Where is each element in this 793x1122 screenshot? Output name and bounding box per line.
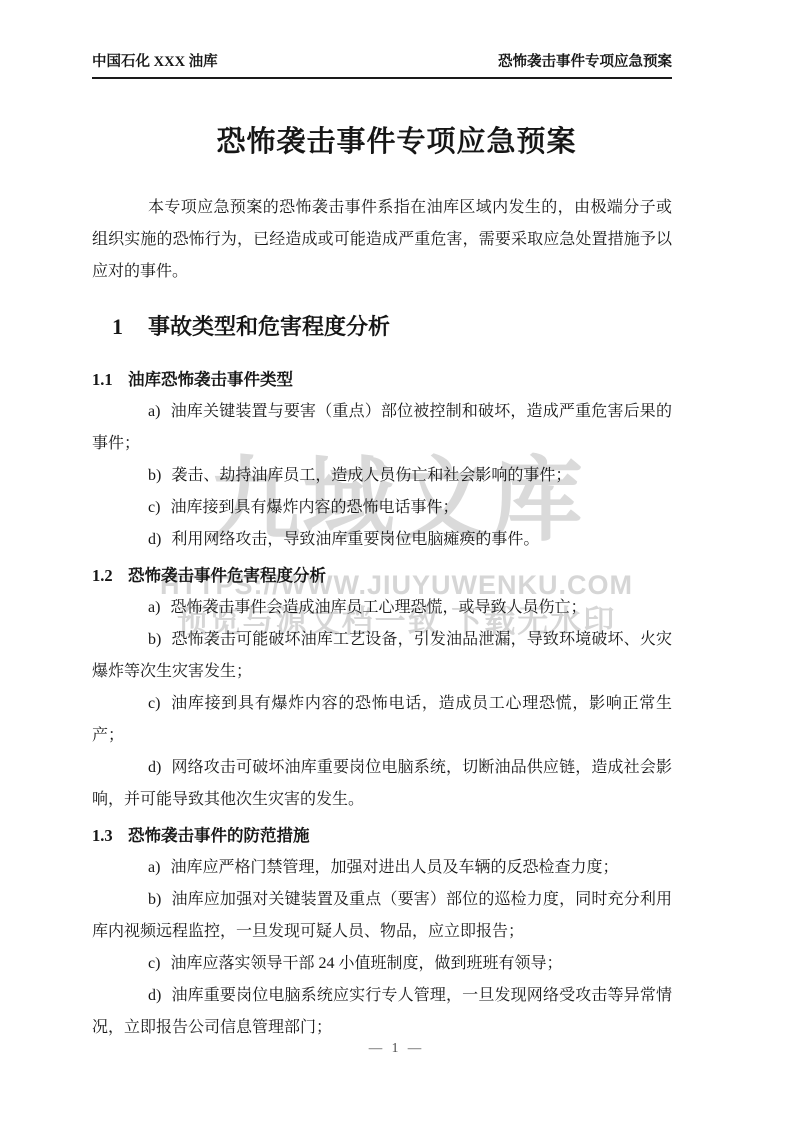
page-number: — 1 — bbox=[369, 1040, 425, 1055]
list-item-text: 油库关键装置与要害（重点）部位被控制和破坏，造成严重危害后果的事件； bbox=[92, 403, 672, 452]
list-item-marker: c) bbox=[148, 499, 160, 516]
list-item: c)油库应落实领导干部 24 小值班制度，做到班班有领导； bbox=[92, 948, 672, 980]
list-item-text: 油库应加强对关键装置及重点（要害）部位的巡检力度，同时充分利用库内视频远程监控，… bbox=[92, 891, 672, 940]
subsection-1-3-number: 1.3 bbox=[92, 820, 128, 852]
subsection-1-3-title: 恐怖袭击事件的防范措施 bbox=[128, 826, 310, 845]
subsection-1-1-heading: 1.1油库恐怖袭击事件类型 bbox=[92, 364, 672, 396]
list-item: c)油库接到具有爆炸内容的恐怖电话，造成员工心理恐慌，影响正常生产； bbox=[92, 688, 672, 752]
list-item: b)恐怖袭击可能破坏油库工艺设备，引发油品泄漏，导致环境破坏、火灾爆炸等次生灾害… bbox=[92, 624, 672, 688]
section-1-title: 事故类型和危害程度分析 bbox=[148, 314, 390, 339]
intro-paragraph: 本专项应急预案的恐怖袭击事件系指在油库区域内发生的，由极端分子或组织实施的恐怖行… bbox=[92, 192, 672, 288]
list-item: d)油库重要岗位电脑系统应实行专人管理，一旦发现网络受攻击等异常情况，立即报告公… bbox=[92, 980, 672, 1044]
list-item-text: 油库接到具有爆炸内容的恐怖电话，造成员工心理恐慌，影响正常生产； bbox=[92, 695, 672, 744]
document-body: 本专项应急预案的恐怖袭击事件系指在油库区域内发生的，由极端分子或组织实施的恐怖行… bbox=[92, 192, 672, 1044]
list-item-marker: a) bbox=[148, 859, 160, 876]
list-item: a)恐怖袭击事件会造成油库员工心理恐慌，或导致人员伤亡； bbox=[92, 592, 672, 624]
header-company-name: 中国石化 XXX 油库 bbox=[92, 52, 218, 72]
list-item-text: 油库应严格门禁管理，加强对进出人员及车辆的反恐检查力度； bbox=[170, 859, 618, 876]
list-item-text: 油库接到具有爆炸内容的恐怖电话事件； bbox=[170, 499, 458, 516]
list-item-marker: b) bbox=[148, 891, 161, 908]
list-item: b)袭击、劫持油库员工，造成人员伤亡和社会影响的事件； bbox=[92, 460, 672, 492]
list-item-marker: c) bbox=[148, 955, 160, 972]
list-item: a)油库应严格门禁管理，加强对进出人员及车辆的反恐检查力度； bbox=[92, 852, 672, 884]
list-item-text: 网络攻击可破坏油库重要岗位电脑系统，切断油品供应链，造成社会影响，并可能导致其他… bbox=[92, 759, 672, 808]
list-item-text: 油库应落实领导干部 24 小值班制度，做到班班有领导； bbox=[170, 955, 562, 972]
list-item-marker: d) bbox=[148, 987, 161, 1004]
list-item-text: 油库重要岗位电脑系统应实行专人管理，一旦发现网络受攻击等异常情况，立即报告公司信… bbox=[92, 987, 672, 1036]
document-title: 恐怖袭击事件专项应急预案 bbox=[0, 120, 793, 164]
list-item-marker: c) bbox=[148, 695, 160, 712]
document-page: 九域文库 HTTPS://WWW.JIUYUWENKU.COM 预览与源文档一致… bbox=[0, 0, 793, 1122]
list-item-marker: a) bbox=[148, 403, 160, 420]
list-item: d)网络攻击可破坏油库重要岗位电脑系统，切断油品供应链，造成社会影响，并可能导致… bbox=[92, 752, 672, 816]
subsection-1-3-heading: 1.3恐怖袭击事件的防范措施 bbox=[92, 820, 672, 852]
list-item-text: 袭击、劫持油库员工，造成人员伤亡和社会影响的事件； bbox=[171, 467, 571, 484]
list-item-marker: b) bbox=[148, 467, 161, 484]
header-document-name: 恐怖袭击事件专项应急预案 bbox=[498, 52, 672, 72]
list-item: b)油库应加强对关键装置及重点（要害）部位的巡检力度，同时充分利用库内视频远程监… bbox=[92, 884, 672, 948]
page-footer: — 1 — bbox=[0, 1040, 793, 1056]
list-item-marker: d) bbox=[148, 759, 161, 776]
subsection-1-1-number: 1.1 bbox=[92, 364, 128, 396]
list-item: a)油库关键装置与要害（重点）部位被控制和破坏，造成严重危害后果的事件； bbox=[92, 396, 672, 460]
subsection-1-1-title: 油库恐怖袭击事件类型 bbox=[128, 370, 293, 389]
list-item-text: 恐怖袭击可能破坏油库工艺设备，引发油品泄漏，导致环境破坏、火灾爆炸等次生灾害发生… bbox=[92, 631, 672, 680]
list-item-marker: d) bbox=[148, 531, 161, 548]
section-1-number: 1 bbox=[112, 310, 148, 344]
list-item-marker: a) bbox=[148, 599, 160, 616]
list-item-text: 恐怖袭击事件会造成油库员工心理恐慌，或导致人员伤亡； bbox=[170, 599, 586, 616]
page-header: 中国石化 XXX 油库 恐怖袭击事件专项应急预案 bbox=[92, 52, 672, 79]
subsection-1-2-title: 恐怖袭击事件危害程度分析 bbox=[128, 566, 326, 585]
subsection-1-2-heading: 1.2恐怖袭击事件危害程度分析 bbox=[92, 560, 672, 592]
list-item-text: 利用网络攻击，导致油库重要岗位电脑瘫痪的事件。 bbox=[171, 531, 539, 548]
section-1-heading: 1事故类型和危害程度分析 bbox=[92, 310, 672, 344]
list-item: d)利用网络攻击，导致油库重要岗位电脑瘫痪的事件。 bbox=[92, 524, 672, 556]
list-item: c)油库接到具有爆炸内容的恐怖电话事件； bbox=[92, 492, 672, 524]
list-item-marker: b) bbox=[148, 631, 161, 648]
subsection-1-2-number: 1.2 bbox=[92, 560, 128, 592]
